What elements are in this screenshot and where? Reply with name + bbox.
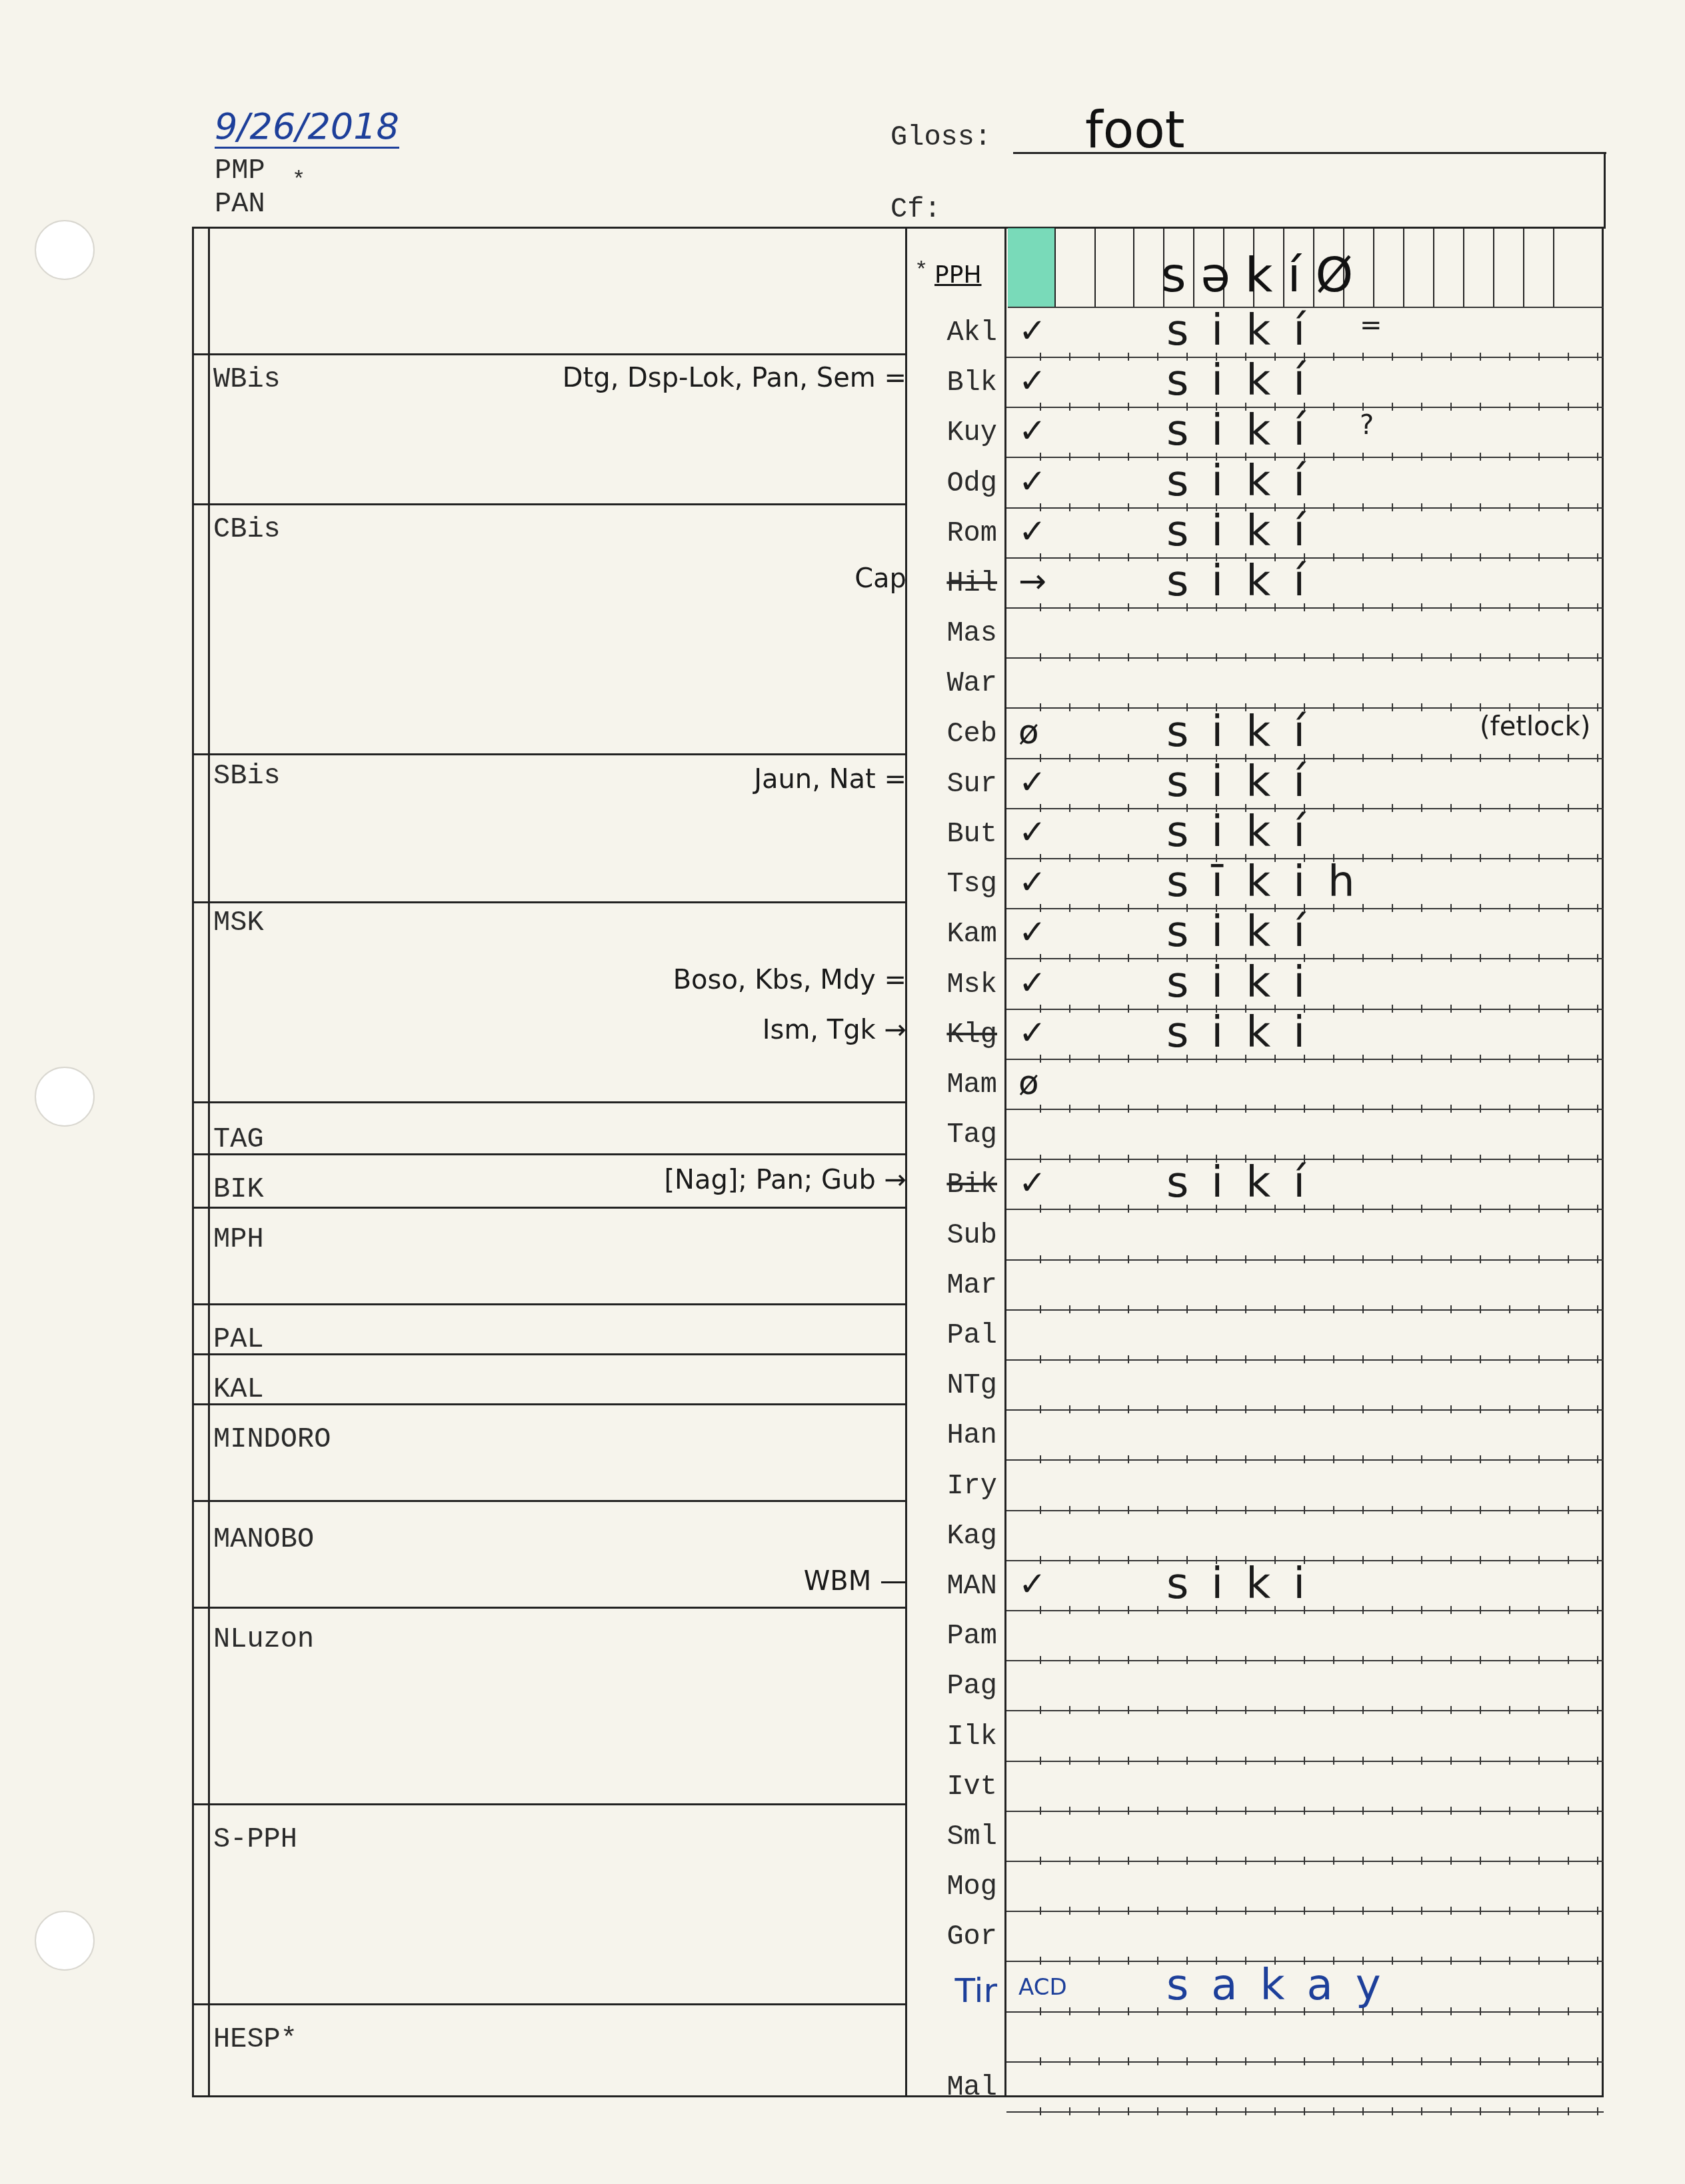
row-rule xyxy=(1006,607,1604,609)
grid-tick xyxy=(1538,2107,1540,2115)
grid-tick xyxy=(1421,2057,1422,2065)
grid-tick xyxy=(1304,1355,1305,1363)
cognate-mark: ✓ xyxy=(1018,1013,1046,1052)
grid-tick xyxy=(1069,1857,1070,1865)
grid-tick xyxy=(1509,2107,1510,2115)
grid-tick xyxy=(1128,1455,1129,1463)
grid-tick xyxy=(1480,2107,1481,2115)
grid-tick xyxy=(1509,1506,1510,1514)
grid-tick xyxy=(1304,1706,1305,1714)
grid-tick xyxy=(1538,1706,1540,1714)
grid-tick xyxy=(1392,1807,1393,1815)
grid-tick xyxy=(1538,553,1540,561)
grid-tick xyxy=(1480,1155,1481,1163)
grid-tick xyxy=(1098,1907,1100,1915)
grid-tick xyxy=(1392,1055,1393,1063)
group-label: SBis xyxy=(213,760,281,792)
reflex-form: siki xyxy=(1166,958,1328,1007)
grid-tick xyxy=(1274,1405,1276,1413)
grid-tick xyxy=(1157,1506,1158,1514)
grid-tick xyxy=(1480,553,1481,561)
grid-tick xyxy=(1157,503,1158,511)
grid-tick xyxy=(1157,1807,1158,1815)
grid-tick xyxy=(1362,553,1364,561)
grid-tick xyxy=(1333,1055,1334,1063)
grid-tick xyxy=(1186,2057,1188,2065)
grid-tick xyxy=(1040,754,1041,762)
grid-tick xyxy=(1069,2057,1070,2065)
grid-tick xyxy=(1274,1907,1276,1915)
grid-tick xyxy=(1069,353,1070,361)
grid-tick xyxy=(1509,1155,1510,1163)
grid-tick xyxy=(1538,2007,1540,2015)
grid-tick xyxy=(1098,703,1100,711)
grid-tick xyxy=(1069,1455,1070,1463)
grid-tick xyxy=(1538,954,1540,962)
grid-tick xyxy=(1480,1857,1481,1865)
grid-tick xyxy=(1568,1455,1569,1463)
frame-right-top xyxy=(1604,152,1606,229)
grid-tick xyxy=(1392,1405,1393,1413)
grid-tick xyxy=(1450,1706,1452,1714)
proto-label: PPH xyxy=(934,261,982,289)
grid-tick xyxy=(1304,1857,1305,1865)
grid-tick xyxy=(1392,503,1393,511)
grid-tick xyxy=(1392,804,1393,812)
reflex-form: sikí xyxy=(1166,907,1328,957)
row-rule xyxy=(1006,1761,1604,1762)
grid-tick xyxy=(1157,2057,1158,2065)
grid-tick xyxy=(1098,1857,1100,1865)
grid-tick xyxy=(1597,1405,1598,1413)
inner-left-rule xyxy=(208,227,210,2097)
grid-tick xyxy=(1040,954,1041,962)
grid-tick xyxy=(1538,1907,1540,1915)
grid-tick xyxy=(1128,1857,1129,1865)
group-label: S-PPH xyxy=(213,1823,297,1855)
grid-tick xyxy=(1421,1907,1422,1915)
grid-tick xyxy=(1362,1656,1364,1664)
grid-tick xyxy=(1421,854,1422,862)
grid-tick xyxy=(1597,904,1598,912)
grid-tick xyxy=(1128,1205,1129,1213)
grid-tick xyxy=(1538,653,1540,661)
grid-tick xyxy=(1480,1405,1481,1413)
grid-tick xyxy=(1450,954,1452,962)
grid-tick xyxy=(1480,403,1481,411)
grid-tick xyxy=(1362,2107,1364,2115)
grid-tick xyxy=(1362,453,1364,461)
grid-tick xyxy=(1333,1506,1334,1514)
cognate-mark: ✓ xyxy=(1018,462,1046,501)
cognate-mark: → xyxy=(1018,562,1046,601)
grid-tick xyxy=(1392,1857,1393,1865)
grid-tick xyxy=(1538,703,1540,711)
grid-tick xyxy=(1509,1957,1510,1965)
grid-tick xyxy=(1216,1355,1217,1363)
grid-tick xyxy=(1304,1907,1305,1915)
grid-tick xyxy=(1421,1506,1422,1514)
group-label: PAL xyxy=(213,1323,264,1355)
grid-tick xyxy=(1597,453,1598,461)
grid-tick xyxy=(1098,353,1100,361)
grid-tick xyxy=(1480,653,1481,661)
grid-tick xyxy=(1186,1405,1188,1413)
grid-tick xyxy=(1597,1957,1598,1965)
grid-tick xyxy=(1362,703,1364,711)
cf-label: Cf: xyxy=(890,193,941,225)
grid-cell-divider xyxy=(1463,228,1464,307)
grid-tick xyxy=(1069,1907,1070,1915)
grid-tick xyxy=(1597,2007,1598,2015)
grid-tick xyxy=(1450,2107,1452,2115)
grid-tick xyxy=(1480,1757,1481,1765)
row-rule xyxy=(1006,1309,1604,1311)
grid-tick xyxy=(1450,1455,1452,1463)
reflex-form: sikí xyxy=(1166,406,1328,455)
grid-tick xyxy=(1538,2057,1540,2065)
grid-tick xyxy=(1421,1055,1422,1063)
grid-tick xyxy=(1040,2107,1041,2115)
grid-tick xyxy=(1157,403,1158,411)
row-rule xyxy=(1006,657,1604,659)
grid-tick xyxy=(1509,603,1510,611)
language-label: Kam xyxy=(906,918,997,950)
grid-tick xyxy=(1392,1205,1393,1213)
grid-tick xyxy=(1157,854,1158,862)
grid-tick xyxy=(1362,503,1364,511)
grid-tick xyxy=(1392,1606,1393,1614)
grid-tick xyxy=(1568,603,1569,611)
grid-tick xyxy=(1128,353,1129,361)
grid-tick xyxy=(1186,1506,1188,1514)
group-label: TAG xyxy=(213,1123,264,1155)
grid-tick xyxy=(1098,804,1100,812)
language-label: Kuy xyxy=(906,417,997,449)
cognate-mark: ✓ xyxy=(1018,913,1046,951)
grid-tick xyxy=(1568,804,1569,812)
group-separator xyxy=(192,1607,906,1609)
grid-tick xyxy=(1157,904,1158,912)
grid-tick xyxy=(1040,1405,1041,1413)
grid-tick xyxy=(1597,804,1598,812)
grid-tick xyxy=(1450,1506,1452,1514)
grid-tick xyxy=(1274,1105,1276,1113)
reflex-form: sikí xyxy=(1166,557,1328,606)
grid-tick xyxy=(1128,503,1129,511)
grid-tick xyxy=(1069,1405,1070,1413)
grid-tick xyxy=(1597,1455,1598,1463)
grid-tick xyxy=(1274,1255,1276,1263)
grid-tick xyxy=(1450,1957,1452,1965)
grid-tick xyxy=(1392,854,1393,862)
language-label: Mal xyxy=(906,2071,997,2103)
grid-tick xyxy=(1128,1005,1129,1013)
grid-tick xyxy=(1538,1255,1540,1263)
grid-tick xyxy=(1509,1355,1510,1363)
group-label: MINDORO xyxy=(213,1423,331,1455)
grid-tick xyxy=(1421,1205,1422,1213)
grid-tick xyxy=(1392,954,1393,962)
grid-tick xyxy=(1069,553,1070,561)
grid-tick xyxy=(1362,754,1364,762)
grid-tick xyxy=(1509,1055,1510,1063)
grid-tick xyxy=(1333,1005,1334,1013)
language-label: Klg xyxy=(906,1019,997,1051)
grid-tick xyxy=(1186,2107,1188,2115)
grid-tick xyxy=(1157,453,1158,461)
grid-tick xyxy=(1069,653,1070,661)
grid-tick xyxy=(1392,603,1393,611)
grid-tick xyxy=(1098,1606,1100,1614)
grid-tick xyxy=(1597,1055,1598,1063)
reflex-form: siki xyxy=(1166,1008,1328,1057)
grid-tick xyxy=(1568,1005,1569,1013)
grid-tick xyxy=(1538,1405,1540,1413)
related-languages-note: [Nag]; Pan; Gub → xyxy=(664,1165,906,1195)
grid-tick xyxy=(1421,2107,1422,2115)
grid-tick xyxy=(1128,1305,1129,1313)
grid-tick xyxy=(1509,1305,1510,1313)
grid-tick xyxy=(1392,1907,1393,1915)
grid-tick xyxy=(1274,1305,1276,1313)
grid-tick xyxy=(1362,353,1364,361)
grid-tick xyxy=(1538,754,1540,762)
grid-tick xyxy=(1333,754,1334,762)
language-label: Pag xyxy=(906,1670,997,1702)
grid-tick xyxy=(1450,854,1452,862)
grid-tick xyxy=(1157,1455,1158,1463)
grid-tick xyxy=(1597,1355,1598,1363)
grid-tick xyxy=(1480,1957,1481,1965)
grid-tick xyxy=(1362,1255,1364,1263)
grid-tick xyxy=(1304,2107,1305,2115)
grid-tick xyxy=(1597,1857,1598,1865)
grid-tick xyxy=(1421,603,1422,611)
grid-tick xyxy=(1333,954,1334,962)
grid-tick xyxy=(1509,1857,1510,1865)
grid-tick xyxy=(1128,453,1129,461)
row-rule xyxy=(1006,1059,1604,1060)
grid-tick xyxy=(1362,1355,1364,1363)
language-label: Hil xyxy=(906,567,997,599)
reflex-form: sikí xyxy=(1166,757,1328,807)
grid-tick xyxy=(1421,1606,1422,1614)
grid-tick xyxy=(1362,1907,1364,1915)
reflex-form: sikí xyxy=(1166,306,1328,355)
grid-tick xyxy=(1098,854,1100,862)
grid-tick xyxy=(1157,1556,1158,1564)
grid-tick xyxy=(1480,503,1481,511)
group-separator xyxy=(192,1403,906,1405)
grid-tick xyxy=(1274,1857,1276,1865)
grid-tick xyxy=(1098,1055,1100,1063)
group-label: MPH xyxy=(213,1223,264,1255)
grid-tick xyxy=(1392,1757,1393,1765)
grid-tick xyxy=(1186,1857,1188,1865)
grid-tick xyxy=(1333,1355,1334,1363)
grid-tick xyxy=(1098,1506,1100,1514)
grid-tick xyxy=(1362,1055,1364,1063)
grid-tick xyxy=(1274,2107,1276,2115)
grid-tick xyxy=(1480,1055,1481,1063)
grid-tick xyxy=(1450,403,1452,411)
grid-tick xyxy=(1128,703,1129,711)
grid-tick xyxy=(1421,1005,1422,1013)
grid-tick xyxy=(1186,653,1188,661)
grid-tick xyxy=(1333,603,1334,611)
grid-tick xyxy=(1421,703,1422,711)
grid-tick xyxy=(1568,1857,1569,1865)
grid-tick xyxy=(1245,1506,1246,1514)
grid-tick xyxy=(1597,1005,1598,1013)
grid-tick xyxy=(1128,804,1129,812)
grid-tick xyxy=(1157,603,1158,611)
grid-tick xyxy=(1480,954,1481,962)
language-label: Ilk xyxy=(906,1721,997,1753)
grid-tick xyxy=(1128,1706,1129,1714)
grid-tick xyxy=(1568,2057,1569,2065)
grid-tick xyxy=(1421,904,1422,912)
grid-tick xyxy=(1333,1907,1334,1915)
cognate-mark: ø xyxy=(1018,1063,1039,1102)
grid-tick xyxy=(1392,1005,1393,1013)
grid-tick xyxy=(1098,1706,1100,1714)
grid-tick xyxy=(1274,2057,1276,2065)
grid-tick xyxy=(1040,904,1041,912)
grid-tick xyxy=(1069,1255,1070,1263)
language-label: Akl xyxy=(906,317,997,349)
grid-tick xyxy=(1040,1807,1041,1815)
grid-tick xyxy=(1333,1405,1334,1413)
grid-tick xyxy=(1568,653,1569,661)
language-label: Pal xyxy=(906,1319,997,1351)
group-separator xyxy=(192,1207,906,1209)
grid-tick xyxy=(1392,1706,1393,1714)
grid-cell-divider xyxy=(1094,228,1096,307)
grid-tick xyxy=(1392,1305,1393,1313)
grid-tick xyxy=(1392,653,1393,661)
grid-tick xyxy=(1538,1857,1540,1865)
grid-tick xyxy=(1362,1706,1364,1714)
grid-tick xyxy=(1186,1105,1188,1113)
grid-tick xyxy=(1128,1055,1129,1063)
grid-tick xyxy=(1304,1305,1305,1313)
grid-tick xyxy=(1509,754,1510,762)
grid-tick xyxy=(1362,2057,1364,2065)
grid-tick xyxy=(1069,1155,1070,1163)
grid-tick xyxy=(1362,1205,1364,1213)
grid-tick xyxy=(1128,1105,1129,1113)
grid-cell-divider xyxy=(1133,228,1134,307)
grid-tick xyxy=(1509,353,1510,361)
group-separator xyxy=(192,1500,906,1502)
grid-tick xyxy=(1128,1757,1129,1765)
grid-tick xyxy=(1597,653,1598,661)
grid-tick xyxy=(1216,1706,1217,1714)
grid-tick xyxy=(1128,1405,1129,1413)
grid-tick xyxy=(1597,1506,1598,1514)
grid-tick xyxy=(1538,1455,1540,1463)
grid-tick xyxy=(1597,1205,1598,1213)
grid-tick xyxy=(1392,754,1393,762)
grid-tick xyxy=(1098,1957,1100,1965)
grid-tick xyxy=(1098,1405,1100,1413)
grid-tick xyxy=(1098,1005,1100,1013)
grid-tick xyxy=(1392,1556,1393,1564)
language-label: Iry xyxy=(906,1470,997,1502)
grid-cell-divider xyxy=(1493,228,1494,307)
grid-tick xyxy=(1040,1305,1041,1313)
grid-tick xyxy=(1509,1757,1510,1765)
grid-tick xyxy=(1128,954,1129,962)
language-label: Tag xyxy=(906,1119,997,1151)
grid-tick xyxy=(1568,1907,1569,1915)
grid-tick xyxy=(1069,703,1070,711)
grid-tick xyxy=(1509,1405,1510,1413)
grid-tick xyxy=(1040,1205,1041,1213)
grid-tick xyxy=(1157,353,1158,361)
grid-tick xyxy=(1128,904,1129,912)
gloss-underline xyxy=(1013,152,1606,154)
gloss-label: Gloss: xyxy=(890,121,991,153)
grid-tick xyxy=(1509,1606,1510,1614)
grid-tick xyxy=(1128,1807,1129,1815)
grid-tick xyxy=(1040,1355,1041,1363)
grid-tick xyxy=(1069,1757,1070,1765)
grid-tick xyxy=(1216,1506,1217,1514)
grid-tick xyxy=(1538,904,1540,912)
grid-tick xyxy=(1421,754,1422,762)
grid-tick xyxy=(1421,1656,1422,1664)
grid-cell-divider xyxy=(1433,228,1434,307)
reflex-form: siki xyxy=(1166,1559,1328,1609)
grid-tick xyxy=(1216,1305,1217,1313)
grid-tick xyxy=(1362,804,1364,812)
grid-tick xyxy=(1568,904,1569,912)
grid-tick xyxy=(1538,353,1540,361)
grid-tick xyxy=(1128,1907,1129,1915)
grid-tick xyxy=(1333,1105,1334,1113)
language-label: Han xyxy=(906,1419,997,1451)
grid-tick xyxy=(1157,1857,1158,1865)
grid-tick xyxy=(1509,1556,1510,1564)
grid-tick xyxy=(1597,1807,1598,1815)
grid-tick xyxy=(1450,1405,1452,1413)
grid-tick xyxy=(1069,1606,1070,1614)
grid-tick xyxy=(1450,1005,1452,1013)
cognate-mark: ACD xyxy=(1018,1974,1067,2001)
row-rule xyxy=(1006,1109,1604,1110)
pmp-label: PMP xyxy=(215,155,265,187)
grid-tick xyxy=(1421,1105,1422,1113)
grid-tick xyxy=(1098,503,1100,511)
grid-tick xyxy=(1245,1807,1246,1815)
grid-tick xyxy=(1362,1506,1364,1514)
grid-tick xyxy=(1568,1055,1569,1063)
grid-tick xyxy=(1098,1355,1100,1363)
grid-tick xyxy=(1245,2057,1246,2065)
group-separator xyxy=(192,353,906,355)
grid-tick xyxy=(1098,1105,1100,1113)
grid-tick xyxy=(1040,1155,1041,1163)
grid-tick xyxy=(1568,503,1569,511)
grid-tick xyxy=(1597,854,1598,862)
grid-tick xyxy=(1069,1556,1070,1564)
grid-tick xyxy=(1509,503,1510,511)
grid-tick xyxy=(1480,1005,1481,1013)
grid-tick xyxy=(1216,1807,1217,1815)
